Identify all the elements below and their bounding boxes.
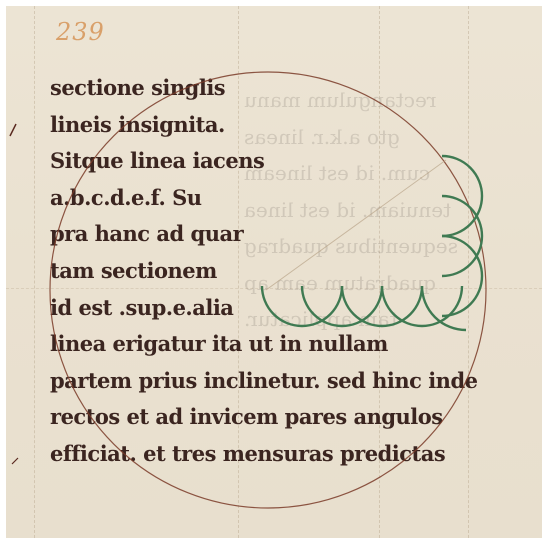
diagonal-line — [266, 160, 446, 290]
margin-mark — [12, 458, 18, 464]
horizontal-arcs — [262, 286, 466, 330]
margin-mark — [10, 124, 16, 136]
large-circle-icon — [50, 72, 486, 508]
manuscript-page: 239 rectangulum manu gto a.k.r. lineas c… — [6, 6, 542, 538]
geometric-diagram — [6, 6, 542, 538]
